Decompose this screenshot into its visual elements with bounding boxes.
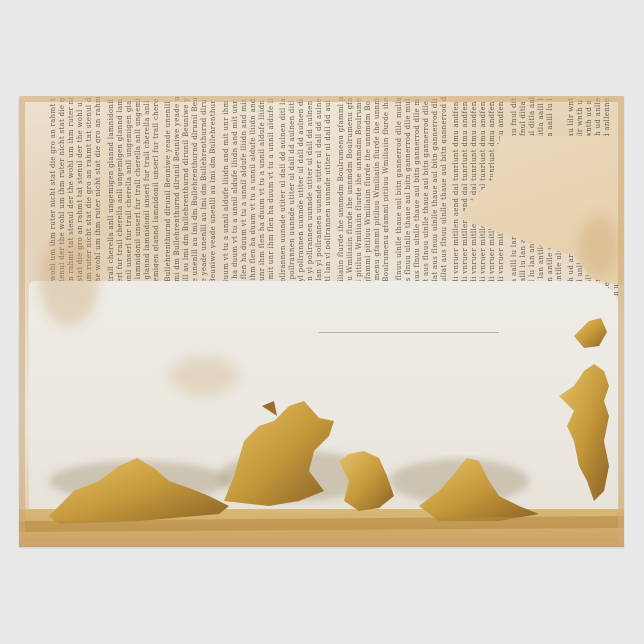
artwork-print: the wohl um ihm ruter nicht stat die gro… bbox=[19, 96, 624, 547]
gold-leaf-flakes bbox=[19, 96, 624, 547]
